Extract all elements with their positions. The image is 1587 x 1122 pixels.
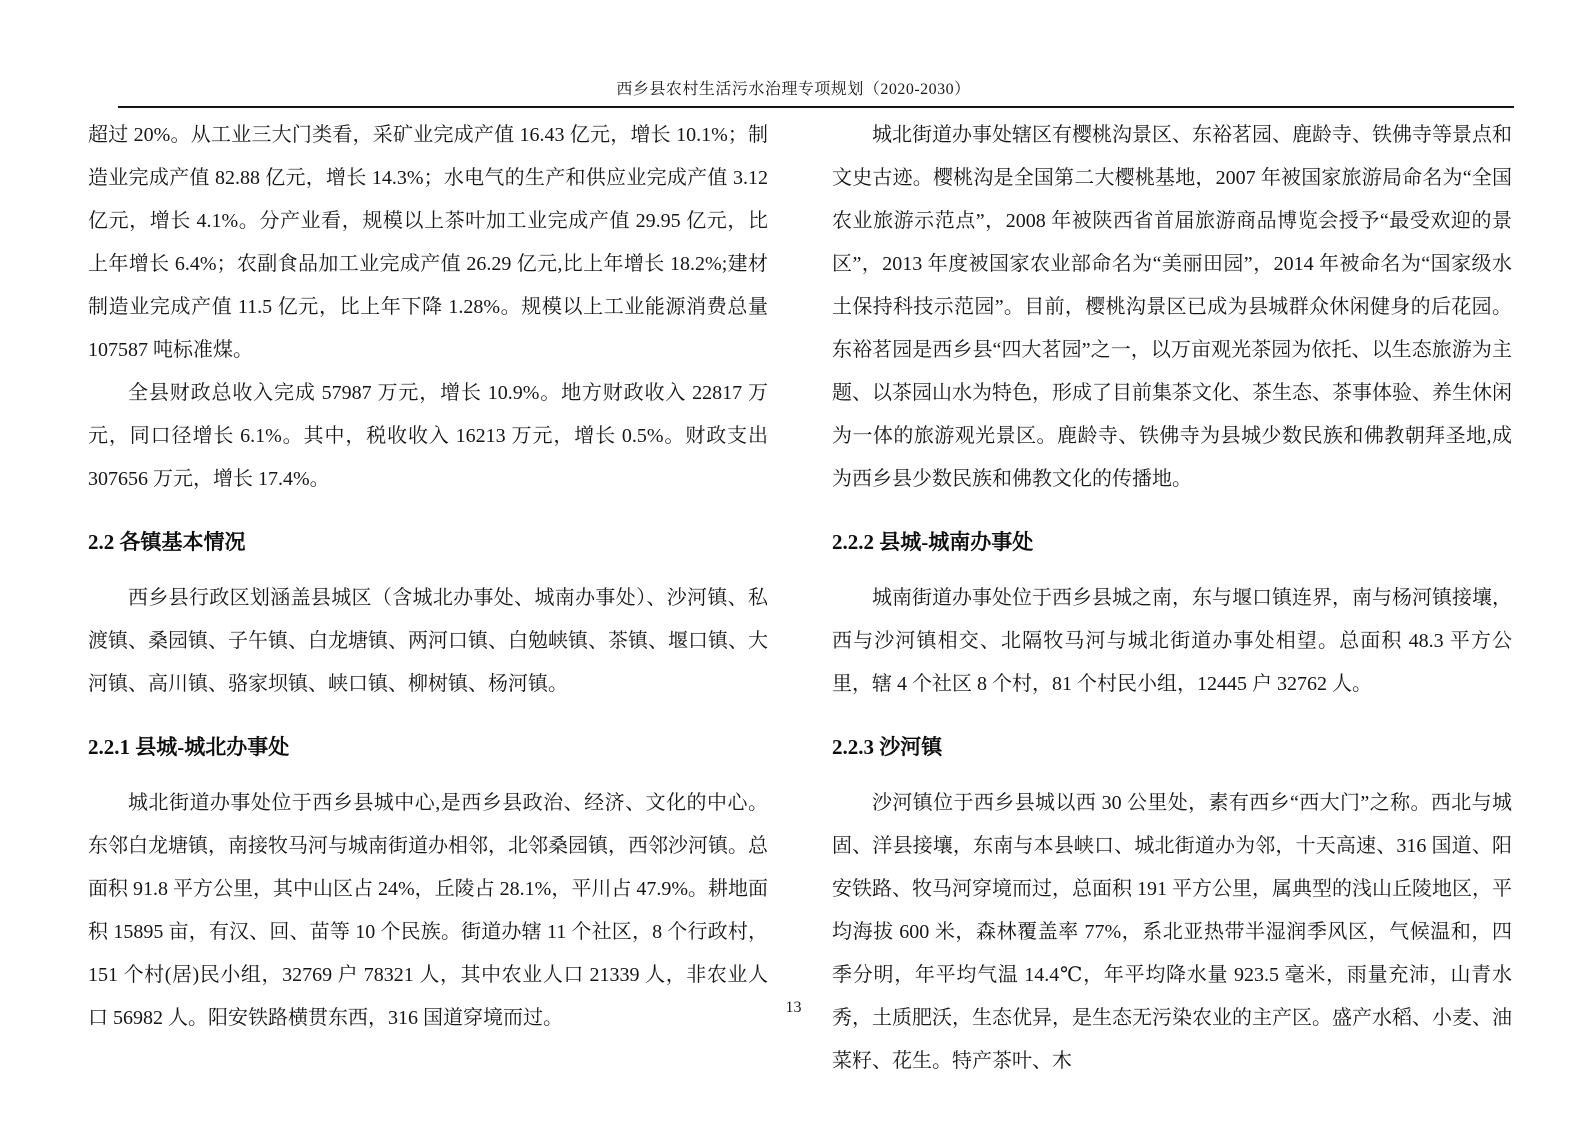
- section-heading-2-2-1: 2.2.1 县城-城北办事处: [88, 731, 768, 763]
- left-column: 超过 20%。从工业三大门类看，采矿业完成产值 16.43 亿元，增长 10.1…: [88, 114, 768, 1083]
- right-column: 城北街道办事处辖区有樱桃沟景区、东裕茗园、鹿龄寺、铁佛寺等景点和文史古迹。樱桃沟…: [832, 114, 1512, 1083]
- page-header: 西乡县农村生活污水治理专项规划（2020-2030）: [0, 76, 1587, 99]
- section-heading-2-2-3: 2.2.3 沙河镇: [832, 731, 1512, 763]
- paragraph-chengnan-office: 城南街道办事处位于西乡县城之南，东与堰口镇连界，南与杨河镇接壤，西与沙河镇相交、…: [832, 577, 1512, 706]
- paragraph-administrative-divisions: 西乡县行政区划涵盖县城区（含城北办事处、城南办事处）、沙河镇、私渡镇、桑园镇、子…: [88, 577, 768, 706]
- page-footer: 13: [0, 999, 1587, 1017]
- header-title: 西乡县农村生活污水治理专项规划（2020-2030）: [616, 81, 970, 98]
- content-columns: 超过 20%。从工业三大门类看，采矿业完成产值 16.43 亿元，增长 10.1…: [88, 114, 1512, 1083]
- section-heading-2-2-2: 2.2.2 县城-城南办事处: [832, 526, 1512, 558]
- paragraph-chengbei-scenic-spots: 城北街道办事处辖区有樱桃沟景区、东裕茗园、鹿龄寺、铁佛寺等景点和文史古迹。樱桃沟…: [832, 114, 1512, 501]
- section-heading-2-2: 2.2 各镇基本情况: [88, 526, 768, 558]
- header-rule: [118, 106, 1514, 108]
- paragraph-industry-output: 超过 20%。从工业三大门类看，采矿业完成产值 16.43 亿元，增长 10.1…: [88, 114, 768, 372]
- paragraph-shahe-town: 沙河镇位于西乡县城以西 30 公里处，素有西乡“西大门”之称。西北与城固、洋县接…: [832, 782, 1512, 1083]
- page-number: 13: [786, 999, 802, 1016]
- document-page: 西乡县农村生活污水治理专项规划（2020-2030） 超过 20%。从工业三大门…: [0, 0, 1587, 1122]
- paragraph-fiscal-revenue: 全县财政总收入完成 57987 万元，增长 10.9%。地方财政收入 22817…: [88, 372, 768, 501]
